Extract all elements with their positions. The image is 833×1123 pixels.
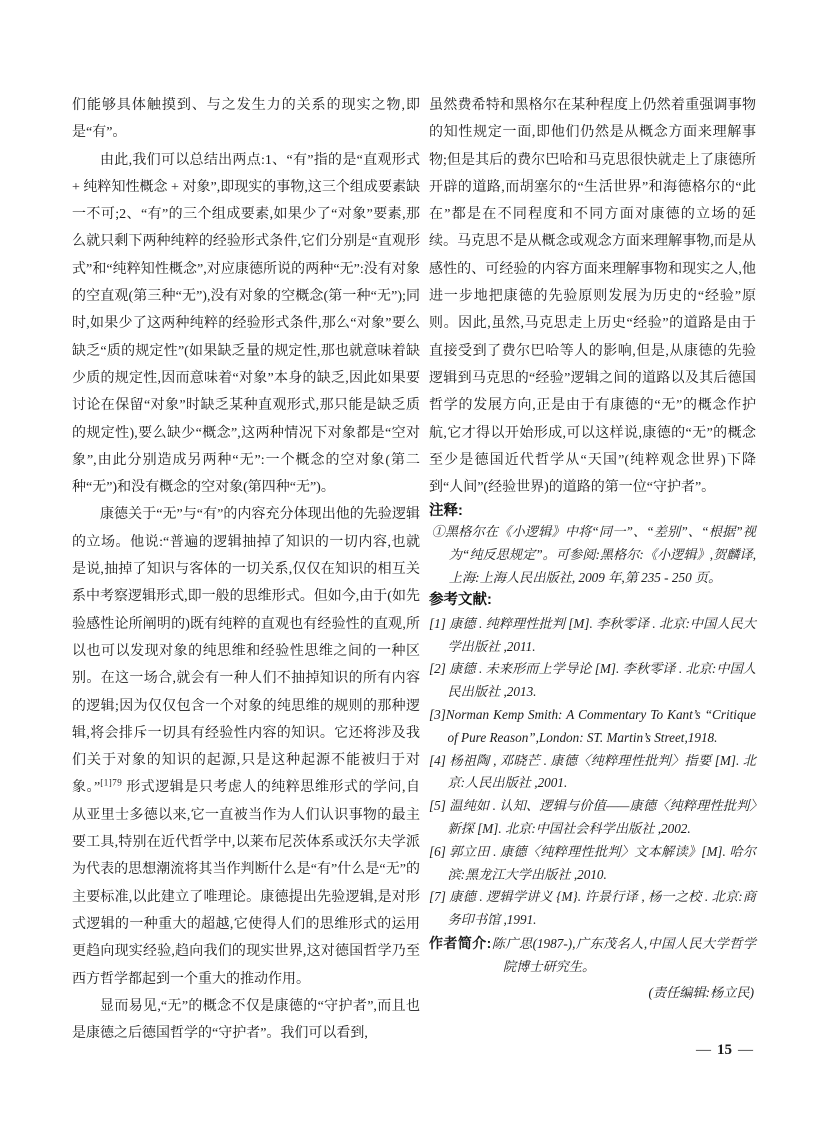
paragraph-text: 康德关于“无”与“有”的内容充分体现出他的先验逻辑的立场。他说:“普遍的逻辑抽掉… (72, 507, 420, 795)
paragraph-text: 形式逻辑是只考虑人的纯粹思维形式的学问,自从亚里士多德以来,它一直被当作为人们认… (72, 780, 420, 986)
body-paragraph-continuation: 们能够具体触摸到、与之发生力的关系的现实之物,即是“有”。 (72, 92, 420, 147)
page-number-value: 15 (717, 1042, 732, 1059)
two-column-body: 们能够具体触摸到、与之发生力的关系的现实之物,即是“有”。 由此,我们可以总结出… (72, 92, 756, 1047)
author-bio: 作者简介:陈广思(1987-),广东茂名人,中国人民大学哲学院博士研究生。 (429, 932, 756, 979)
left-column: 们能够具体触摸到、与之发生力的关系的现实之物,即是“有”。 由此,我们可以总结出… (72, 92, 420, 1047)
page-number: — 15 — (696, 1042, 753, 1059)
reference-item: [4] 杨祖陶 , 邓晓芒 . 康德〈纯粹理性批判〉指要 [M]. 北京:人民出… (429, 750, 756, 796)
page-number-right-dash: — (738, 1042, 753, 1059)
notes-heading: 注释: (429, 501, 756, 521)
body-paragraph-continuation: 虽然费希特和黑格尔在某种程度上仍然着重强调事物的知性规定一面,即他们仍然是从概念… (429, 92, 756, 501)
author-bio-text: 陈广思(1987-),广东茂名人,中国人民大学哲学院博士研究生。 (491, 936, 756, 974)
body-paragraph: 显而易见,“无”的概念不仅是康德的“守护者”,而且也是康德之后德国哲学的“守护者… (72, 993, 420, 1048)
paragraph-text: 由此,我们可以总结出两点:1、“有”指的是“直观形式 + 纯粹知性概念 + 对象… (72, 153, 420, 496)
citation-superscript: [1]79 (100, 778, 122, 788)
reference-item: [3]Norman Kemp Smith: A Commentary To Ka… (429, 704, 756, 750)
reference-item: [2] 康德 . 未来形而上学导论 [M]. 李秋零译 . 北京:中国人民出版社… (429, 658, 756, 704)
reference-list: [1] 康德 . 纯粹理性批判 [M]. 李秋零译 . 北京:中国人民大学出版社… (429, 613, 756, 932)
body-paragraph-with-citation: 康德关于“无”与“有”的内容充分体现出他的先验逻辑的立场。他说:“普遍的逻辑抽掉… (72, 501, 420, 992)
body-paragraph: 由此,我们可以总结出两点:1、“有”指的是“直观形式 + 纯粹知性概念 + 对象… (72, 147, 420, 502)
reference-item: [7] 康德 . 逻辑学讲义 {M}. 许景行译 , 杨一之校 . 北京:商务印… (429, 886, 756, 932)
journal-page: 们能够具体触摸到、与之发生力的关系的现实之物,即是“有”。 由此,我们可以总结出… (0, 0, 833, 1123)
references-heading: 参考文献: (429, 590, 756, 610)
page-number-left-dash: — (696, 1042, 711, 1059)
reference-item: [5] 温纯如 . 认知、逻辑与价值——康德〈纯粹理性批判〉新探 [M]. 北京… (429, 795, 756, 841)
note-item: ①黑格尔在《小逻辑》中将“同一”、“差别”、“根据”视为“纯反思规定”。可参阅:… (429, 521, 756, 589)
reference-item: [1] 康德 . 纯粹理性批判 [M]. 李秋零译 . 北京:中国人民大学出版社… (429, 613, 756, 659)
right-column: 虽然费希特和黑格尔在某种程度上仍然着重强调事物的知性规定一面,即他们仍然是从概念… (429, 92, 756, 1047)
reference-item: [6] 郭立田 . 康德〈纯粹理性批判〉文本解读》[M]. 哈尔滨:黑龙江大学出… (429, 841, 756, 887)
author-bio-label: 作者简介: (429, 935, 491, 951)
editor-credit: (责任编辑:杨立民) (429, 979, 756, 1006)
